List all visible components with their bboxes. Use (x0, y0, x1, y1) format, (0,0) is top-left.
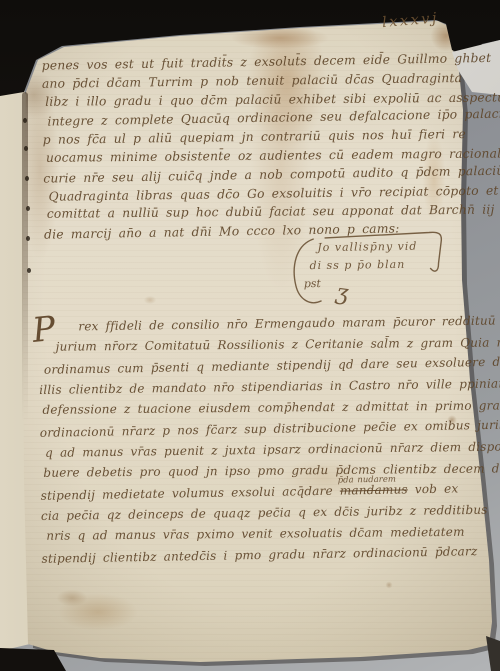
manuscript-photo: lxxxvj penes vos est ut fuit tradit̄s z … (0, 0, 500, 671)
folio-number: lxxxvj (382, 10, 440, 31)
paragraph-2: P rex ffideli de consilio nr̄o Ermengaud… (38, 310, 500, 569)
chancery-signature-note: Jo vallisp̄ny vid di ss p p̄o blan pst ʒ (287, 231, 468, 324)
interlinear-correction: p̄da nudarem (337, 470, 396, 492)
line-text: vob ex (408, 482, 459, 497)
handwriting-layer: lxxxvj penes vos est ut fuit tradit̄s z … (0, 0, 500, 671)
note-line: di ss p p̄o blan (309, 258, 405, 272)
note-line: Jo vallisp̄ny vid (317, 240, 417, 254)
paragraph-1: penes vos est ut fuit tradit̄s z exsolut… (42, 49, 500, 243)
line-text: stipendij medietate volumus exsolui acq̄… (41, 484, 340, 503)
strikethrough-word: mandamusp̄da nudarem (340, 479, 408, 501)
note-line: pst (304, 277, 321, 290)
